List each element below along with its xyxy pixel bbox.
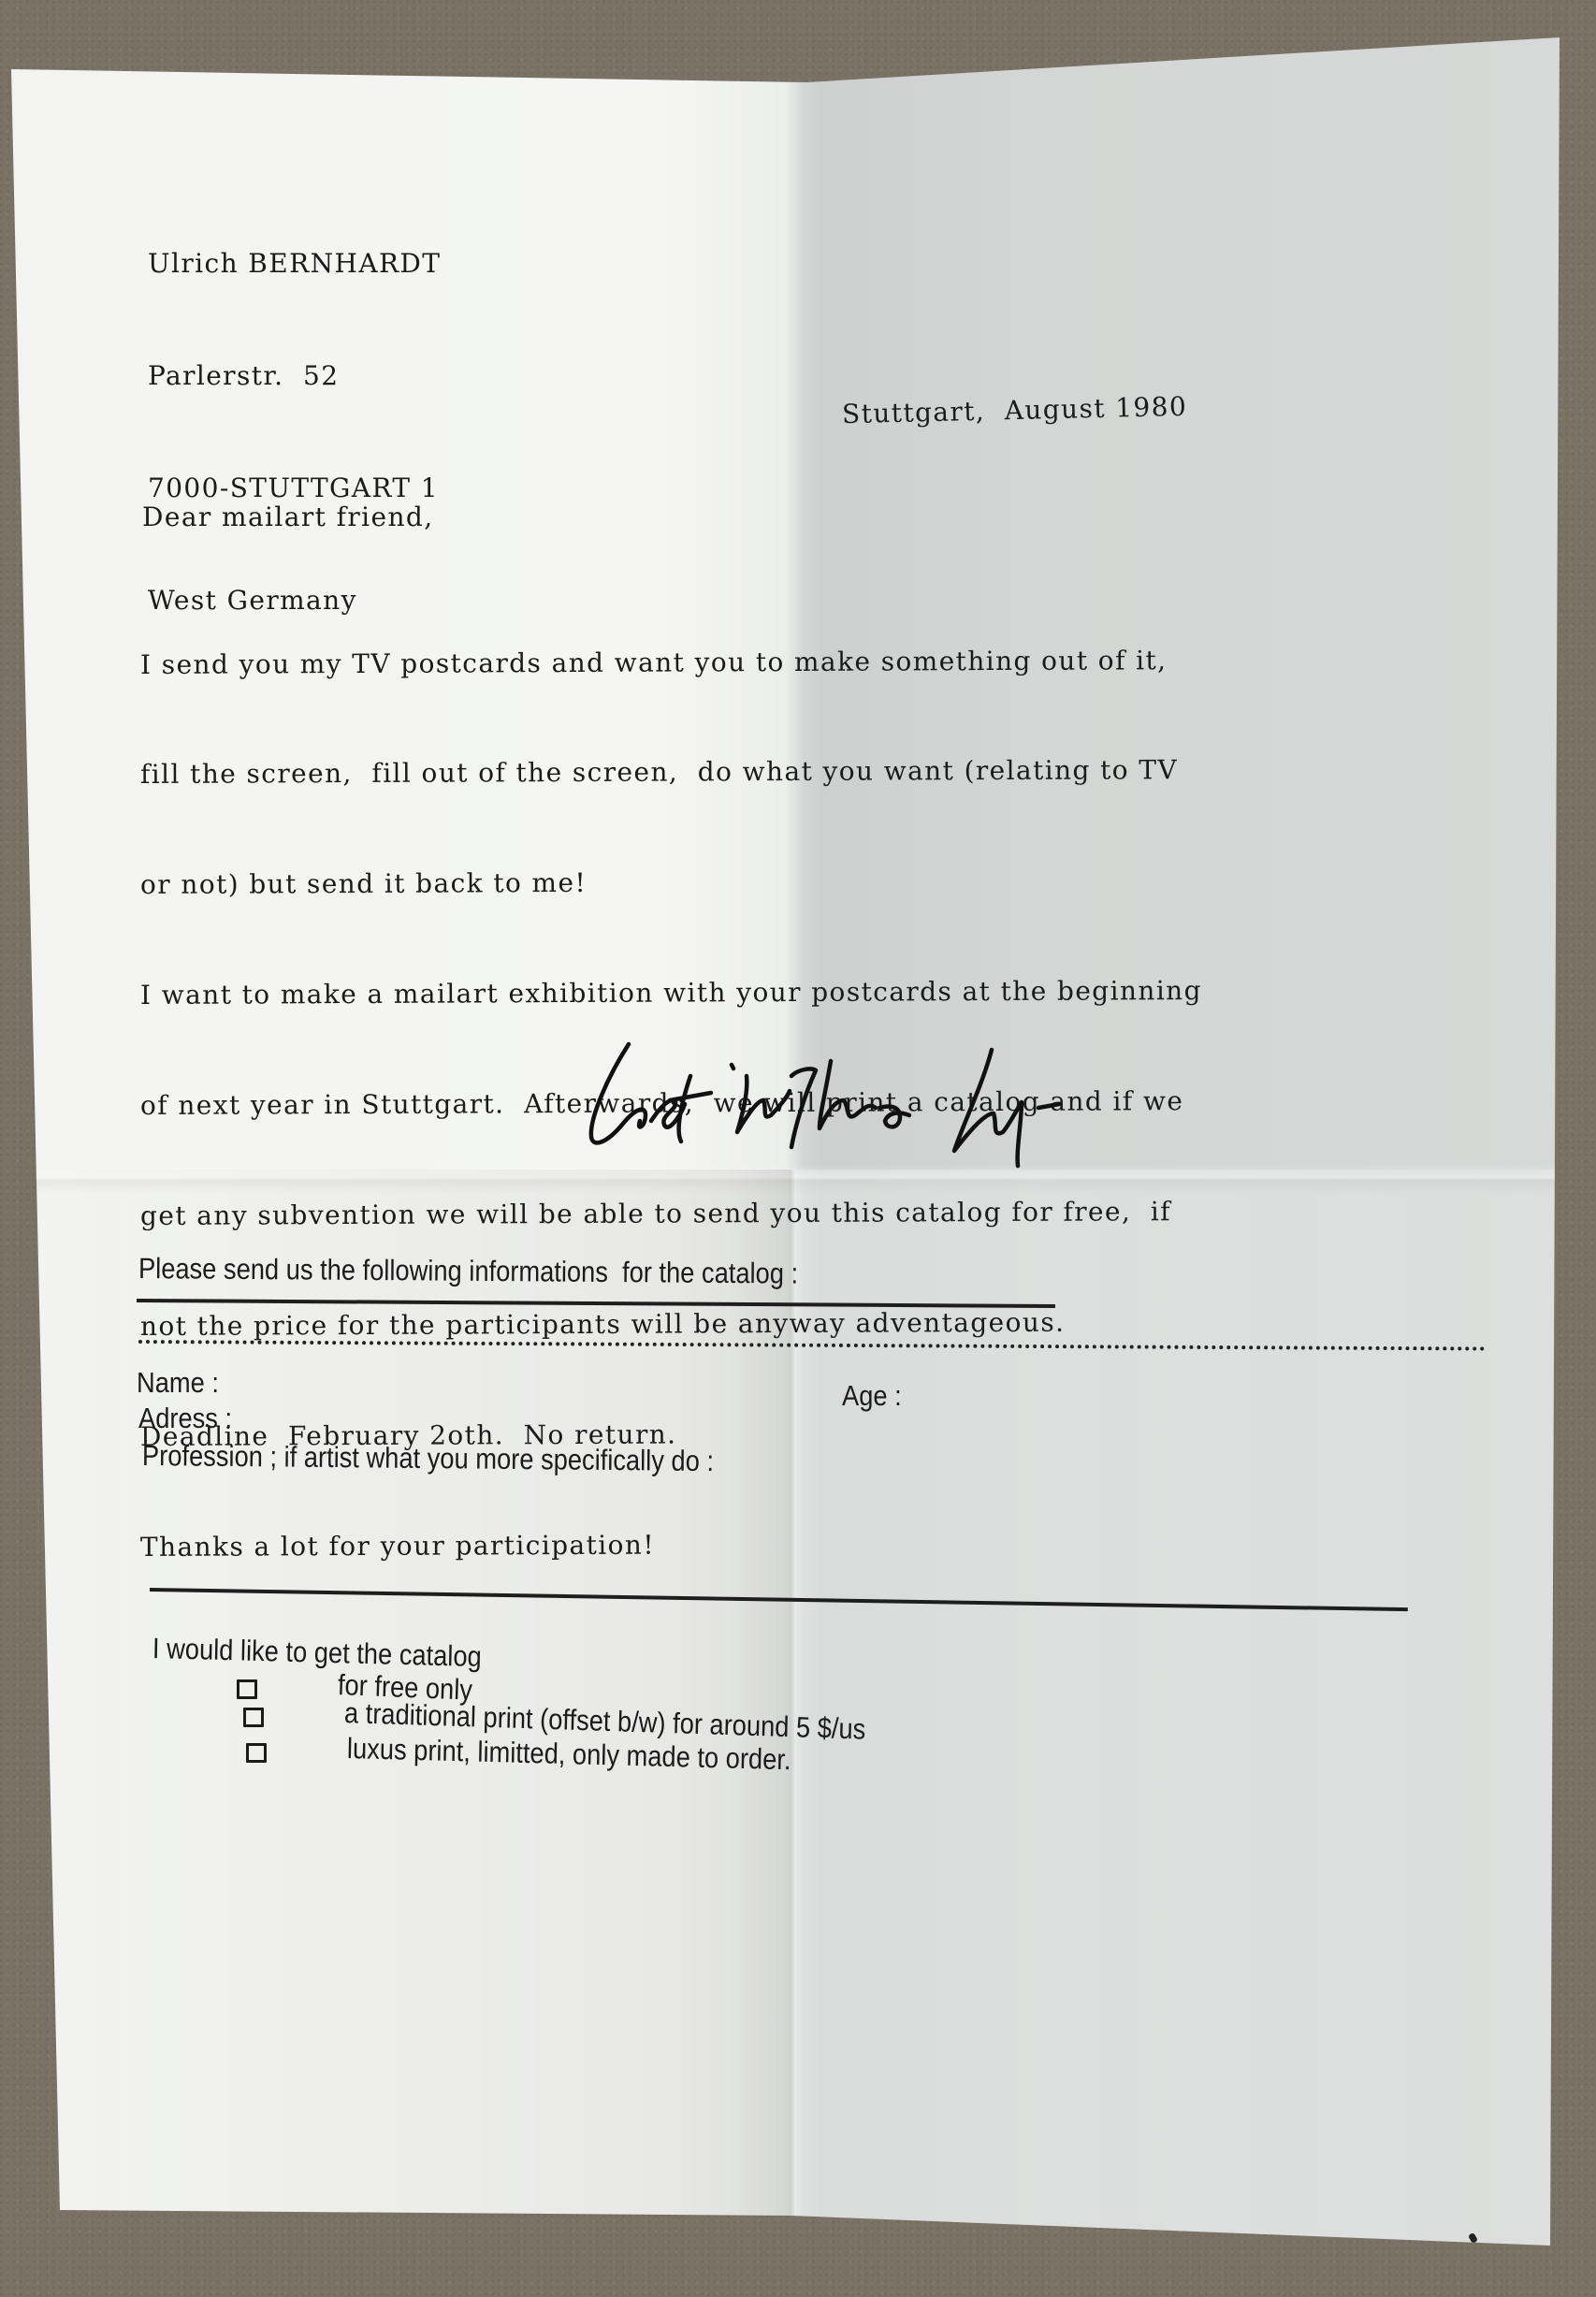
address-field-label: Adress : bbox=[138, 1402, 232, 1435]
handwritten-signature: best wishes Uli bbox=[571, 1010, 1282, 1179]
salutation: Dear mailart friend, bbox=[142, 502, 434, 532]
sender-name: Ulrich BERNHARDT bbox=[148, 245, 441, 283]
form-heading: Please send us the following information… bbox=[138, 1252, 798, 1291]
sender-street: Parlerstr. 52 bbox=[148, 357, 441, 395]
body-line: get any subvention we will be able to se… bbox=[140, 1193, 1202, 1234]
body-line: I want to make a mailart exhibition with… bbox=[140, 972, 1202, 1013]
checkbox-icon[interactable] bbox=[246, 1743, 267, 1763]
age-field-label: Age : bbox=[842, 1379, 902, 1413]
catalog-prompt: I would like to get the catalog bbox=[152, 1632, 482, 1674]
checkbox-icon[interactable] bbox=[237, 1679, 257, 1699]
body-line: fill the screen, fill out of the screen,… bbox=[140, 752, 1202, 793]
date-line: Stuttgart, August 1980 bbox=[842, 391, 1188, 429]
body-line: or not) but send it back to me! bbox=[140, 862, 1202, 903]
name-field-label: Name : bbox=[137, 1366, 219, 1400]
body-line: Thanks a lot for your participation! bbox=[140, 1524, 1202, 1565]
checkbox-icon[interactable] bbox=[243, 1708, 264, 1727]
letter-paper: Ulrich BERNHARDT Parlerstr. 52 7000-STUT… bbox=[0, 0, 1596, 2297]
profession-field-label: Profession ; if artist what you more spe… bbox=[142, 1439, 714, 1478]
body-line: not the price for the participants will … bbox=[140, 1303, 1202, 1345]
paper-speck bbox=[1468, 2232, 1478, 2244]
body-line: I send you my TV postcards and want you … bbox=[140, 642, 1202, 683]
